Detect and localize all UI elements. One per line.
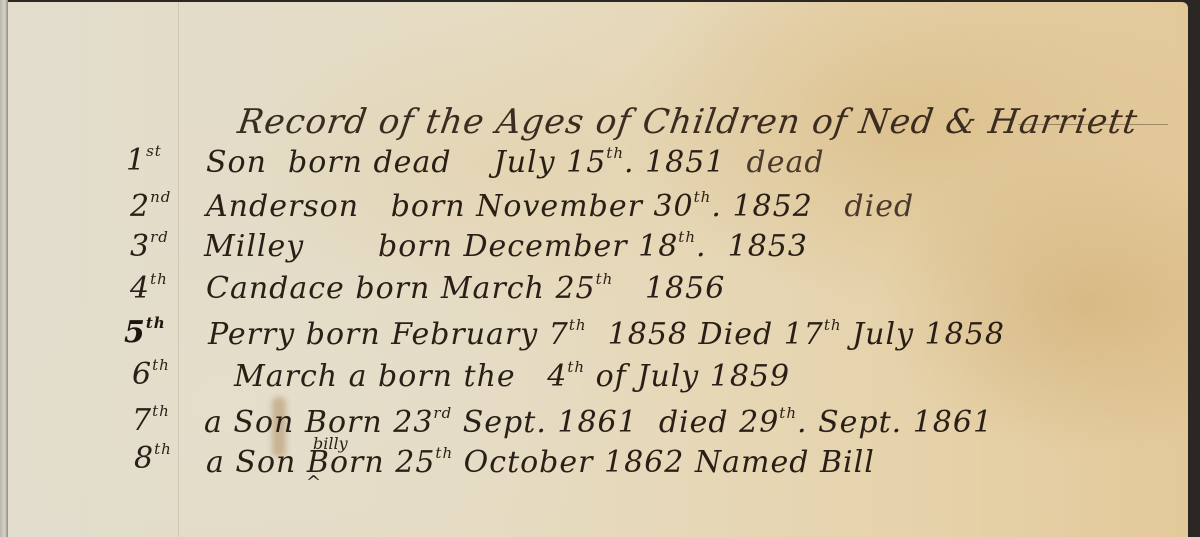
entry-note: Died 17 [699,317,824,352]
entry-year: 1851 [645,145,725,180]
entry-note: died [844,189,914,224]
entry-year: October 1862 [464,445,685,480]
book-binding-edge [1188,0,1200,537]
entry-name: Milley [204,229,304,264]
entry-row: Son born dead July 15th. 1851 dead [206,144,825,180]
entry-text: Born [307,445,385,480]
entry-year: 1853 [728,229,808,264]
record-title: Record of the Ages of Children of Ned & … [235,102,1140,142]
entry-text: born [378,229,453,264]
entry-ordinal: 1st [126,142,162,178]
entry-note: died 29 [659,405,779,440]
entry-note-tail: Sept. 1861 [818,405,993,440]
entry-note: Named Bill [695,445,875,480]
entry-date: March 25 [441,271,596,306]
entry-name: Perry [208,317,295,352]
entry-date: February 7 [391,317,569,352]
entry-name: Son [206,145,267,180]
entry-note-tail: July 1858 [852,317,1005,352]
entry-name: Candace [206,271,345,306]
entry-year: 1852 [732,189,812,224]
entry-date: July 15 [494,145,607,180]
entry-name: March [234,359,338,394]
entry-ordinal: 8th [134,440,172,476]
entry-year: Sept. 1861 [463,405,638,440]
entry-date: 4 [547,359,567,394]
entry-ordinal: 3rd [130,228,169,264]
entry-name: a Son [204,405,294,440]
entry-text: a born the [349,359,516,394]
title-underline [1018,124,1168,125]
ledger-page: Record of the Ages of Children of Ned & … [8,2,1188,537]
entry-row: Perry born February 7th 1858 Died 17th J… [208,316,1005,352]
entry-ordinal: 6th [132,356,170,392]
entry-name: Anderson [206,189,359,224]
scanned-document: Record of the Ages of Children of Ned & … [0,0,1200,537]
entry-row: Candace born March 25th 1856 [206,270,725,306]
entry-date: November 30 [476,189,693,224]
entry-date: 23 [393,405,433,440]
entry-date: 25 [395,445,435,480]
margin-rule [178,2,179,537]
entry-ordinal: 2nd [130,188,171,224]
entry-text: born [355,271,430,306]
entry-text: born [391,189,466,224]
entry-row: Milley born December 18th. 1853 [204,228,808,264]
entry-ordinal: 7th [132,402,170,438]
entry-row: Anderson born November 30th. 1852 died [206,188,914,224]
entry-ordinal: 4th [130,270,168,306]
entry-year: of July 1859 [596,359,790,394]
entry-text: born [306,317,381,352]
entry-year: 1856 [645,271,725,306]
entry-note: dead [747,145,825,180]
entry-text: born dead [288,145,452,180]
entry-name: a Son [206,445,296,480]
entry-date: December 18 [463,229,678,264]
entry-year: 1858 [608,317,688,352]
entry-row: a Son Born 25th October 1862 Named Bill [206,444,875,480]
entry-ordinal: 5th [124,314,166,350]
entry-row: March a born the 4th of July 1859 [234,358,790,394]
adjacent-page-edge [0,0,8,537]
